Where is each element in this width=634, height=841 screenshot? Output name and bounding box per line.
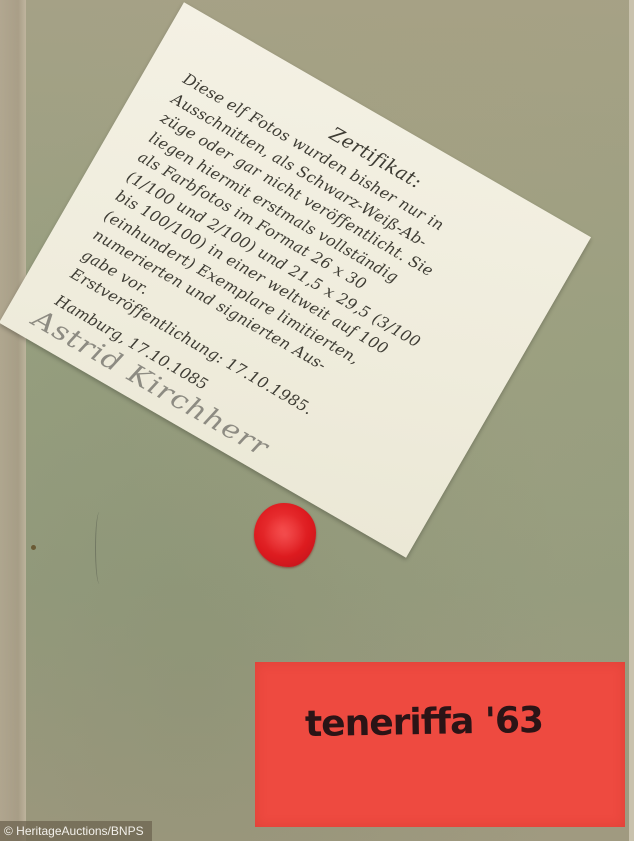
red-label: teneriffa '63 xyxy=(255,662,625,827)
pin-dot xyxy=(31,545,36,550)
board-left-edge xyxy=(0,0,26,841)
photo-credit: © HeritageAuctions/BNPS xyxy=(0,821,152,841)
label-handwriting: teneriffa '63 xyxy=(305,700,544,745)
red-wax-seal xyxy=(254,503,316,567)
pencil-mark xyxy=(95,512,104,584)
board-right-edge xyxy=(629,0,634,841)
